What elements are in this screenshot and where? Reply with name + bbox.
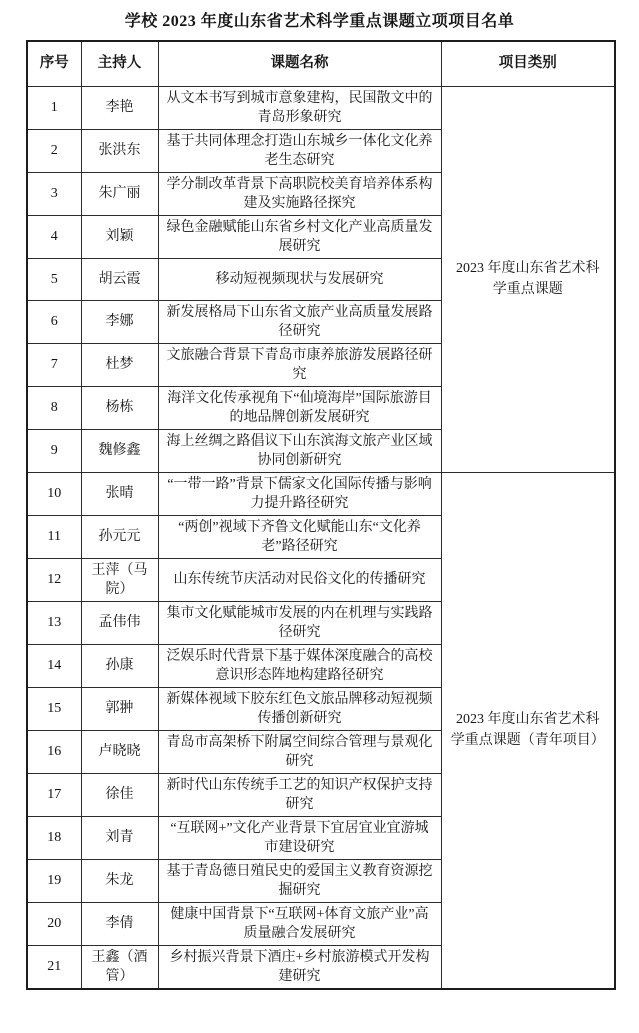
topic-title-cell: 集市文化赋能城市发展的内在机理与实践路径研究 bbox=[158, 601, 441, 644]
host-name-cell: 李倩 bbox=[81, 902, 158, 945]
topic-title-cell: 学分制改革背景下高职院校美育培养体系构建及实施路径探究 bbox=[158, 172, 441, 215]
topic-title-cell: 新媒体视域下胶东红色文旅品牌移动短视频传播创新研究 bbox=[158, 687, 441, 730]
row-number-cell: 12 bbox=[27, 558, 81, 601]
row-number-cell: 13 bbox=[27, 601, 81, 644]
host-name-cell: 李艳 bbox=[81, 86, 158, 129]
row-number-cell: 3 bbox=[27, 172, 81, 215]
row-number-cell: 6 bbox=[27, 300, 81, 343]
host-name-cell: 郭翀 bbox=[81, 687, 158, 730]
topic-title-cell: 青岛市高架桥下附属空间综合管理与景观化研究 bbox=[158, 730, 441, 773]
row-number-cell: 7 bbox=[27, 343, 81, 386]
topic-title-cell: 泛娱乐时代背景下基于媒体深度融合的高校意识形态阵地构建路径研究 bbox=[158, 644, 441, 687]
row-number-cell: 16 bbox=[27, 730, 81, 773]
topic-title-cell: “两创”视域下齐鲁文化赋能山东“文化养老”路径研究 bbox=[158, 515, 441, 558]
topic-title-cell: 基于共同体理念打造山东城乡一体化文化养老生态研究 bbox=[158, 129, 441, 172]
row-number-cell: 14 bbox=[27, 644, 81, 687]
row-number-cell: 21 bbox=[27, 945, 81, 989]
row-number-cell: 17 bbox=[27, 773, 81, 816]
table-body: 1李艳从文本书写到城市意象建构，民国散文中的青岛形象研究2023 年度山东省艺术… bbox=[27, 86, 615, 989]
host-name-cell: 徐佳 bbox=[81, 773, 158, 816]
row-number-cell: 5 bbox=[27, 258, 81, 300]
topic-title-cell: 基于青岛德日殖民史的爱国主义教育资源挖掘研究 bbox=[158, 859, 441, 902]
host-name-cell: 朱广丽 bbox=[81, 172, 158, 215]
row-number-cell: 19 bbox=[27, 859, 81, 902]
host-name-cell: 魏修鑫 bbox=[81, 429, 158, 472]
row-number-cell: 4 bbox=[27, 215, 81, 258]
row-number-cell: 15 bbox=[27, 687, 81, 730]
header-host: 主持人 bbox=[81, 41, 158, 86]
host-name-cell: 杜梦 bbox=[81, 343, 158, 386]
topic-title-cell: 移动短视频现状与发展研究 bbox=[158, 258, 441, 300]
row-number-cell: 18 bbox=[27, 816, 81, 859]
table-header: 序号 主持人 课题名称 项目类别 bbox=[27, 41, 615, 86]
topic-title-cell: 从文本书写到城市意象建构，民国散文中的青岛形象研究 bbox=[158, 86, 441, 129]
project-category-cell: 2023 年度山东省艺术科学重点课题（青年项目） bbox=[441, 472, 615, 989]
topic-title-cell: “一带一路”背景下儒家文化国际传播与影响力提升路径研究 bbox=[158, 472, 441, 515]
projects-table: 序号 主持人 课题名称 项目类别 1李艳从文本书写到城市意象建构，民国散文中的青… bbox=[26, 40, 616, 990]
topic-title-cell: “互联网+”文化产业背景下宜居宜业宜游城市建设研究 bbox=[158, 816, 441, 859]
row-number-cell: 2 bbox=[27, 129, 81, 172]
host-name-cell: 孙康 bbox=[81, 644, 158, 687]
host-name-cell: 朱龙 bbox=[81, 859, 158, 902]
host-name-cell: 卢晓晓 bbox=[81, 730, 158, 773]
host-name-cell: 刘颖 bbox=[81, 215, 158, 258]
host-name-cell: 刘青 bbox=[81, 816, 158, 859]
host-name-cell: 杨栋 bbox=[81, 386, 158, 429]
host-name-cell: 张晴 bbox=[81, 472, 158, 515]
topic-title-cell: 乡村振兴背景下酒庄+乡村旅游模式开发构建研究 bbox=[158, 945, 441, 989]
topic-title-cell: 新时代山东传统手工艺的知识产权保护支持研究 bbox=[158, 773, 441, 816]
header-row: 序号 主持人 课题名称 项目类别 bbox=[27, 41, 615, 86]
row-number-cell: 20 bbox=[27, 902, 81, 945]
row-number-cell: 9 bbox=[27, 429, 81, 472]
table-row: 10张晴“一带一路”背景下儒家文化国际传播与影响力提升路径研究2023 年度山东… bbox=[27, 472, 615, 515]
host-name-cell: 胡云霞 bbox=[81, 258, 158, 300]
row-number-cell: 10 bbox=[27, 472, 81, 515]
host-name-cell: 李娜 bbox=[81, 300, 158, 343]
host-name-cell: 张洪东 bbox=[81, 129, 158, 172]
topic-title-cell: 文旅融合背景下青岛市康养旅游发展路径研究 bbox=[158, 343, 441, 386]
topic-title-cell: 海上丝绸之路倡议下山东滨海文旅产业区域协同创新研究 bbox=[158, 429, 441, 472]
host-name-cell: 孟伟伟 bbox=[81, 601, 158, 644]
project-category-cell: 2023 年度山东省艺术科学重点课题 bbox=[441, 86, 615, 472]
header-category: 项目类别 bbox=[441, 41, 615, 86]
topic-title-cell: 海洋文化传承视角下“仙境海岸”国际旅游目的地品牌创新发展研究 bbox=[158, 386, 441, 429]
header-number: 序号 bbox=[27, 41, 81, 86]
row-number-cell: 8 bbox=[27, 386, 81, 429]
page-title: 学校 2023 年度山东省艺术科学重点课题立项项目名单 bbox=[0, 0, 639, 40]
topic-title-cell: 山东传统节庆活动对民俗文化的传播研究 bbox=[158, 558, 441, 601]
topic-title-cell: 绿色金融赋能山东省乡村文化产业高质量发展研究 bbox=[158, 215, 441, 258]
topic-title-cell: 新发展格局下山东省文旅产业高质量发展路径研究 bbox=[158, 300, 441, 343]
host-name-cell: 王萍（马院） bbox=[81, 558, 158, 601]
topic-title-cell: 健康中国背景下“互联网+体育文旅产业”高质量融合发展研究 bbox=[158, 902, 441, 945]
row-number-cell: 1 bbox=[27, 86, 81, 129]
header-topic: 课题名称 bbox=[158, 41, 441, 86]
host-name-cell: 王鑫（酒管） bbox=[81, 945, 158, 989]
table-row: 1李艳从文本书写到城市意象建构，民国散文中的青岛形象研究2023 年度山东省艺术… bbox=[27, 86, 615, 129]
host-name-cell: 孙元元 bbox=[81, 515, 158, 558]
row-number-cell: 11 bbox=[27, 515, 81, 558]
